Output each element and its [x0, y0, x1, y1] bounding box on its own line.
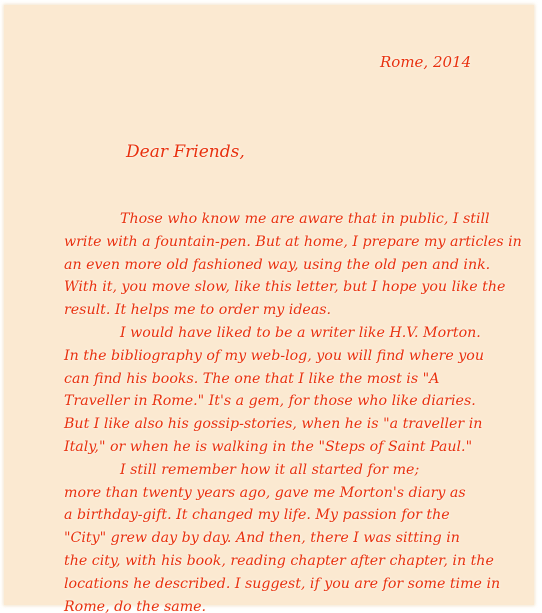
letter-line: I still remember how it all started for … — [64, 459, 522, 482]
place-date: Rome, 2014 — [380, 53, 471, 71]
letter-line: But I like also his gossip-stories, when… — [64, 413, 522, 436]
letter-line: Rome, do the same. — [64, 596, 522, 613]
salutation: Dear Friends, — [126, 142, 245, 162]
letter-line: "City" grew day by day. And then, there … — [64, 527, 522, 550]
letter-line: locations he described. I suggest, if yo… — [64, 573, 522, 596]
letter-line: write with a fountain-pen. But at home, … — [64, 231, 522, 254]
letter-body: Those who know me are aware that in publ… — [64, 208, 522, 613]
letter-line: an even more old fashioned way, using th… — [64, 254, 522, 277]
letter-paper: Rome, 2014 Dear Friends, Those who know … — [4, 5, 534, 605]
letter-line: Italy," or when he is walking in the "St… — [64, 436, 522, 459]
letter-line: Traveller in Rome." It's a gem, for thos… — [64, 390, 522, 413]
letter-line: I would have liked to be a writer like H… — [64, 322, 522, 345]
letter-line: result. It helps me to order my ideas. — [64, 299, 522, 322]
letter-line: a birthday-gift. It changed my life. My … — [64, 504, 522, 527]
letter-line: Those who know me are aware that in publ… — [64, 208, 522, 231]
letter-line: In the bibliography of my web-log, you w… — [64, 345, 522, 368]
letter-line: more than twenty years ago, gave me Mort… — [64, 482, 522, 505]
letter-line: can find his books. The one that I like … — [64, 368, 522, 391]
letter-line: With it, you move slow, like this letter… — [64, 276, 522, 299]
letter-line: the city, with his book, reading chapter… — [64, 550, 522, 573]
